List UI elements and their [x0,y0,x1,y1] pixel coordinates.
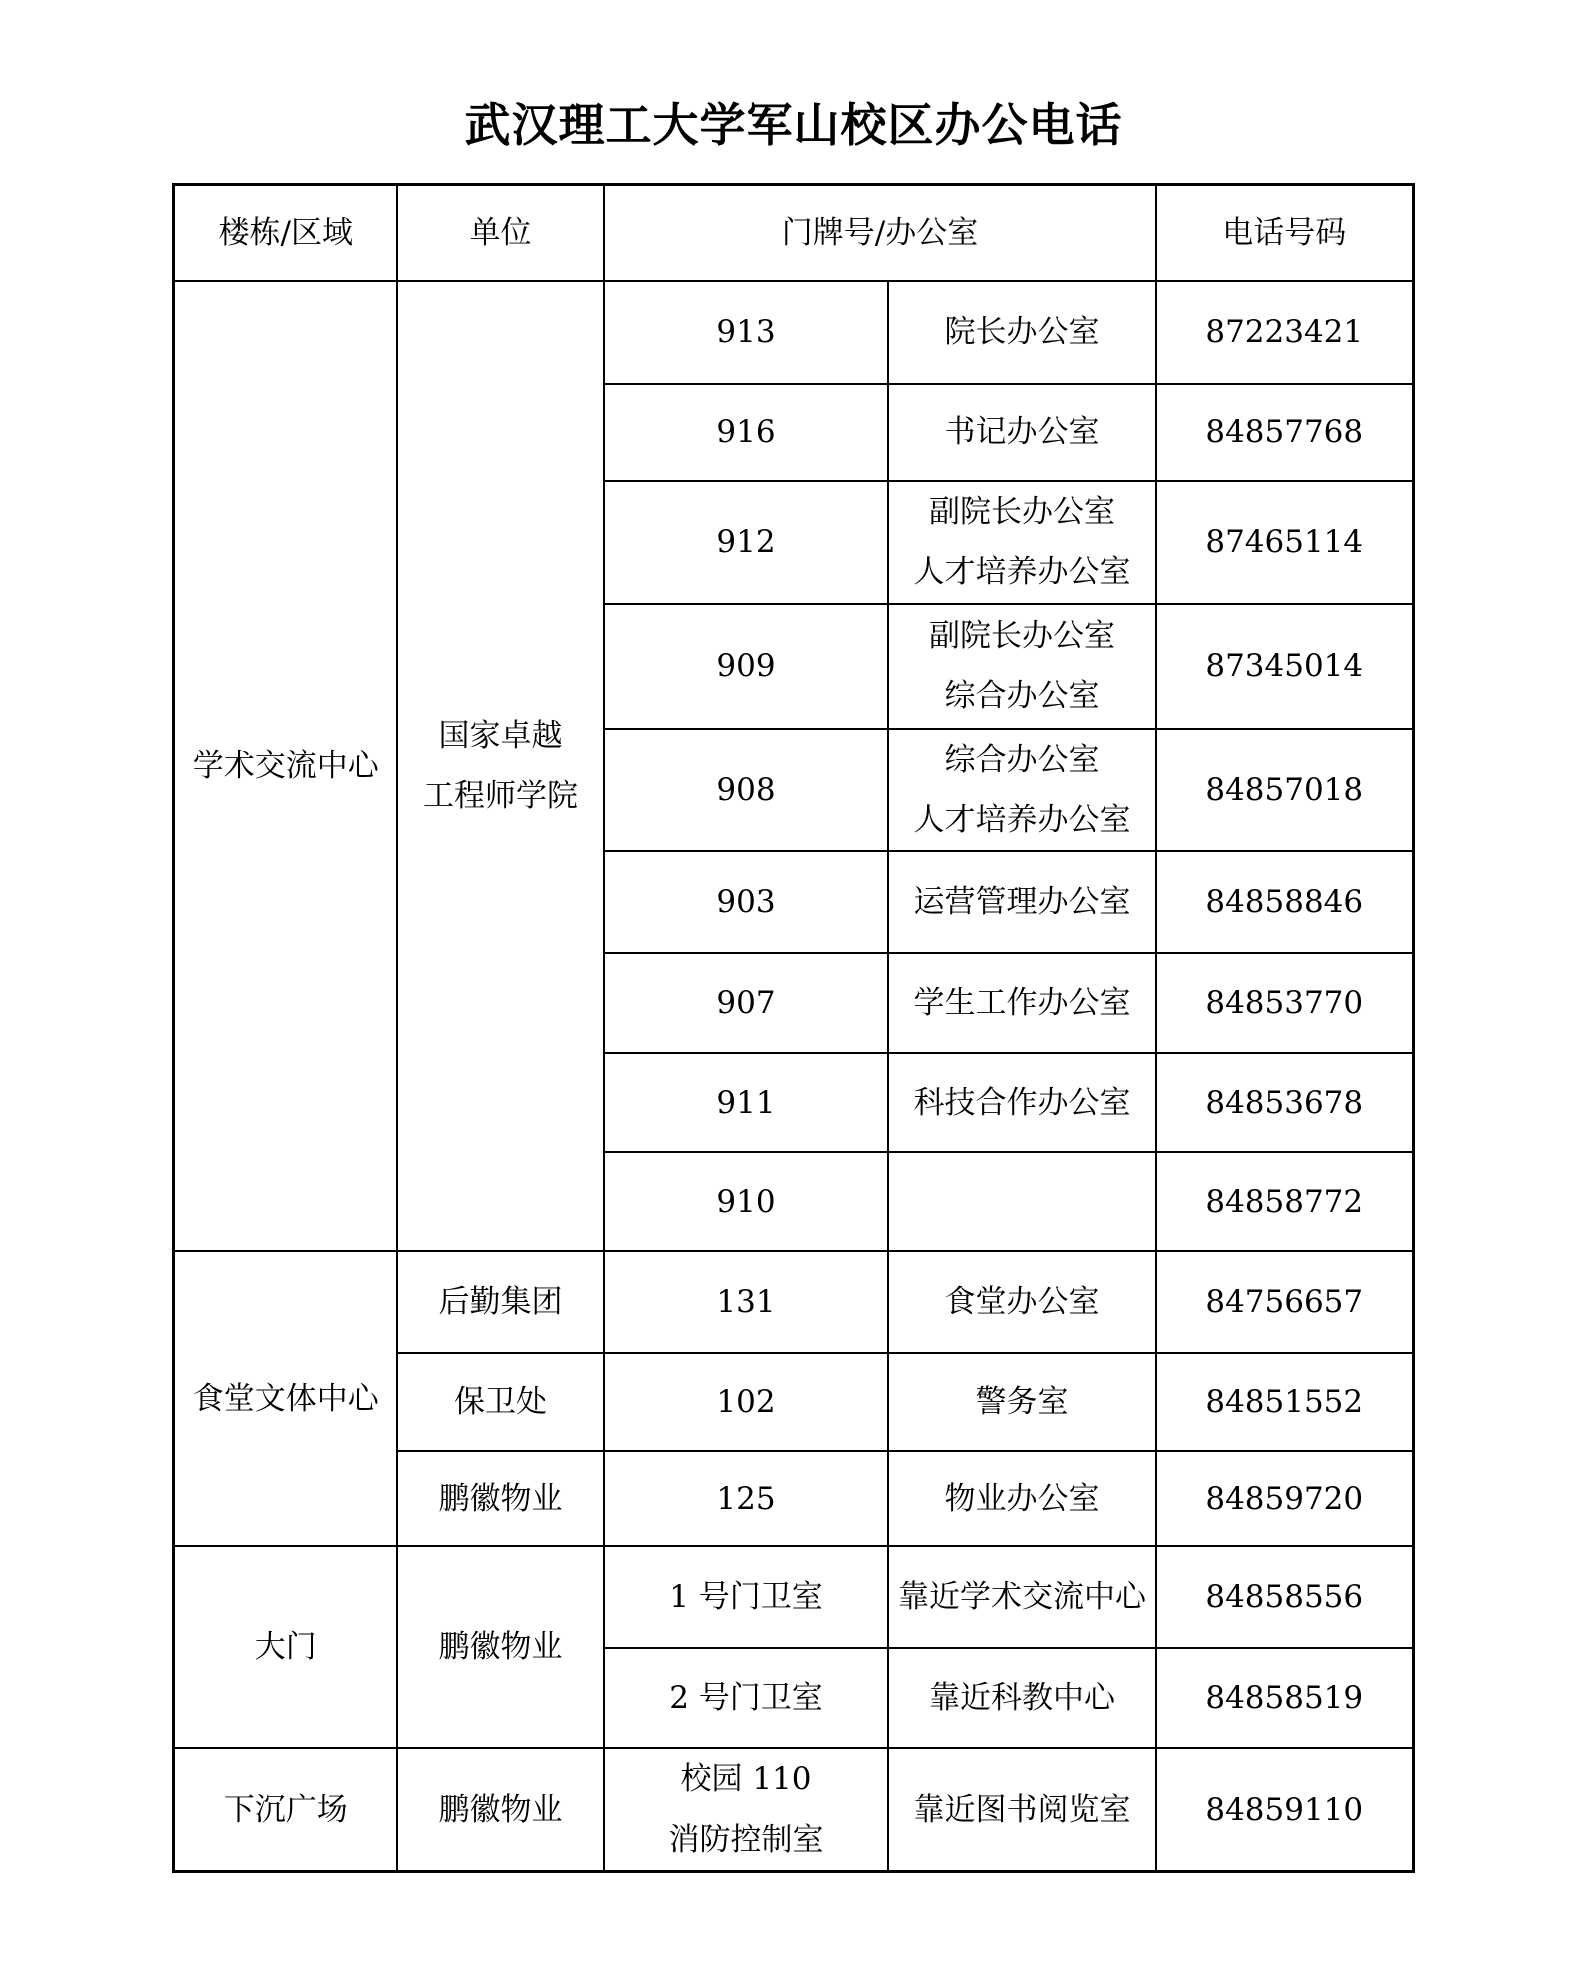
office-cell: 副院长办公室 人才培养办公室 [888,481,1156,604]
phone-cell: 84857768 [1156,384,1413,481]
room-cell: 910 [604,1152,888,1251]
room-cell: 2 号门卫室 [604,1648,888,1748]
office-cell: 物业办公室 [888,1451,1156,1546]
room-cell: 916 [604,384,888,481]
phone-cell: 84853678 [1156,1053,1413,1152]
office-cell: 靠近图书阅览室 [888,1748,1156,1871]
phone-cell: 84858556 [1156,1546,1413,1648]
office-line: 综合办公室 [893,730,1151,790]
area-cell: 下沉广场 [174,1748,397,1871]
table-row: 学术交流中心 国家卓越 工程师学院 913 院长办公室 87223421 [174,281,1413,384]
phone-cell: 87223421 [1156,281,1413,384]
room-cell: 909 [604,604,888,729]
phone-cell: 84858846 [1156,851,1413,953]
document-page: 武汉理工大学军山校区办公电话 楼栋/区域 单位 门牌号/办公室 电话号码 学术交… [0,0,1587,1978]
room-cell: 907 [604,953,888,1053]
unit-line: 国家卓越 [402,706,599,766]
phone-cell: 84857018 [1156,729,1413,852]
office-cell: 副院长办公室 综合办公室 [888,604,1156,729]
room-cell: 912 [604,481,888,604]
room-cell: 125 [604,1451,888,1546]
room-cell: 908 [604,729,888,852]
room-line: 消防控制室 [609,1810,883,1870]
table-row: 大门 鹏徽物业 1 号门卫室 靠近学术交流中心 84858556 [174,1546,1413,1648]
header-area: 楼栋/区域 [174,185,397,281]
header-phone: 电话号码 [1156,185,1413,281]
office-line: 人才培养办公室 [893,790,1151,850]
unit-cell: 鹏徽物业 [397,1546,604,1748]
unit-cell: 后勤集团 [397,1251,604,1353]
unit-line: 工程师学院 [402,766,599,826]
office-line: 副院长办公室 [893,606,1151,666]
office-cell: 学生工作办公室 [888,953,1156,1053]
office-line: 综合办公室 [893,666,1151,726]
phone-cell: 84853770 [1156,953,1413,1053]
unit-cell: 鹏徽物业 [397,1451,604,1546]
phone-directory-table: 楼栋/区域 单位 门牌号/办公室 电话号码 学术交流中心 国家卓越 工程师学院 … [172,183,1414,1873]
office-cell: 靠近科教中心 [888,1648,1156,1748]
table-row: 下沉广场 鹏徽物业 校园 110 消防控制室 靠近图书阅览室 84859110 [174,1748,1413,1871]
room-cell: 911 [604,1053,888,1152]
phone-cell: 84851552 [1156,1353,1413,1451]
room-cell: 131 [604,1251,888,1353]
office-cell: 科技合作办公室 [888,1053,1156,1152]
table-header-row: 楼栋/区域 单位 门牌号/办公室 电话号码 [174,185,1413,281]
phone-cell: 87345014 [1156,604,1413,729]
office-line: 人才培养办公室 [893,542,1151,602]
phone-cell: 84859720 [1156,1451,1413,1546]
office-cell [888,1152,1156,1251]
office-cell: 院长办公室 [888,281,1156,384]
page-title: 武汉理工大学军山校区办公电话 [0,0,1587,153]
phone-cell: 84756657 [1156,1251,1413,1353]
room-line: 校园 110 [609,1749,883,1809]
header-unit: 单位 [397,185,604,281]
unit-cell: 鹏徽物业 [397,1748,604,1871]
office-line: 副院长办公室 [893,482,1151,542]
office-cell: 综合办公室 人才培养办公室 [888,729,1156,852]
unit-cell: 国家卓越 工程师学院 [397,281,604,1252]
unit-cell: 保卫处 [397,1353,604,1451]
phone-cell: 84859110 [1156,1748,1413,1871]
area-cell: 学术交流中心 [174,281,397,1252]
office-cell: 书记办公室 [888,384,1156,481]
office-cell: 靠近学术交流中心 [888,1546,1156,1648]
room-cell: 1 号门卫室 [604,1546,888,1648]
area-cell: 大门 [174,1546,397,1748]
office-cell: 食堂办公室 [888,1251,1156,1353]
office-cell: 警务室 [888,1353,1156,1451]
phone-cell: 87465114 [1156,481,1413,604]
room-cell: 校园 110 消防控制室 [604,1748,888,1871]
office-cell: 运营管理办公室 [888,851,1156,953]
room-cell: 903 [604,851,888,953]
room-cell: 913 [604,281,888,384]
phone-cell: 84858772 [1156,1152,1413,1251]
area-cell: 食堂文体中心 [174,1251,397,1546]
header-room-office: 门牌号/办公室 [604,185,1156,281]
phone-cell: 84858519 [1156,1648,1413,1748]
room-cell: 102 [604,1353,888,1451]
table-row: 食堂文体中心 后勤集团 131 食堂办公室 84756657 [174,1251,1413,1353]
